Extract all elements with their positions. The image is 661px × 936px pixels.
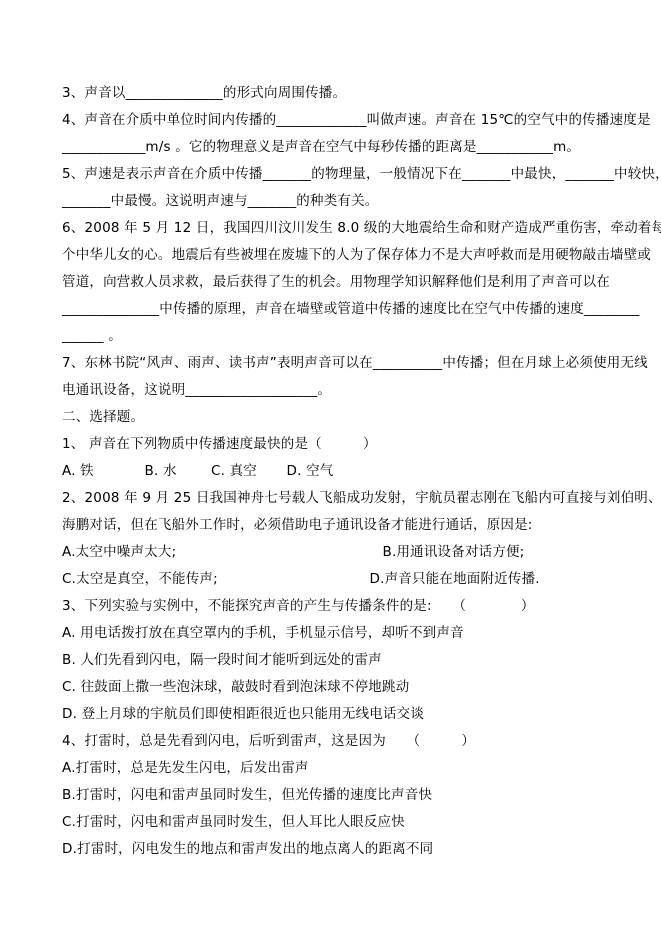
fill-blank-q6-line-2: 个中华儿女的心。地震后有些被埋在废墟下的人为了保存体力不是大声呼救而是用硬物敲击… <box>62 242 603 269</box>
fill-blank-q3-line: 3、声音以______________的形式向周围传播。 <box>62 80 603 107</box>
fill-blank-q6-line-5: ______ 。 <box>62 323 603 350</box>
section2-title: 二、选择题。 <box>62 404 603 431</box>
mc1-option-d: D. 空气 <box>287 458 334 485</box>
mc1-option-a: A. 铁 <box>62 458 140 485</box>
mc1-option-c: C. 真空 <box>211 458 282 485</box>
mc4-option-b: B.打雷时，闪电和雷声虽同时发生，但光传播的速度比声音快 <box>62 782 603 809</box>
mc4-option-c: C.打雷时，闪电和雷声虽同时发生，但人耳比人眼反应快 <box>62 809 603 836</box>
fill-blank-q5-line-2: _______中最慢。这说明声速与_______的种类有关。 <box>62 188 603 215</box>
mc3-stem: 3、下列实验与实例中，不能探究声音的产生与传播条件的是: （ ） <box>62 593 603 620</box>
mc3-option-a: A. 用电话拨打放在真空罩内的手机，手机显示信号，却听不到声音 <box>62 620 603 647</box>
mc1-stem: 1、 声音在下列物质中传播速度最快的是（ ） <box>62 431 603 458</box>
mc3-option-c: C. 往鼓面上撒一些泡沫球，敲鼓时看到泡沫球不停地跳动 <box>62 674 603 701</box>
worksheet-page: 3、声音以______________的形式向周围传播。 4、声音在介质中单位时… <box>0 0 661 936</box>
fill-blank-q6-line-3: 管道，向营救人员求救，最后获得了生的机会。用物理学知识解释他们是利用了声音可以在 <box>62 269 603 296</box>
mc1-options-row: A. 铁 B. 水 C. 真空 D. 空气 <box>62 458 603 485</box>
mc2-option-b: B.用通讯设备对话方便; <box>383 539 525 566</box>
mc2-stem-line-2: 海鹏对话，但在飞船外工作时，必须借助电子通讯设备才能进行通话，原因是: <box>62 512 603 539</box>
mc3-option-b: B. 人们先看到闪电，隔一段时间才能听到远处的雷声 <box>62 647 603 674</box>
mc2-option-a: A.太空中噪声太大; <box>62 539 378 566</box>
fill-blank-q4-line-2: ____________m/s 。它的物理意义是声音在空气中每秒传播的距离是__… <box>62 134 603 161</box>
fill-blank-q6-line-1: 6、2008 年 5 月 12 日，我国四川汶川发生 8.0 级的大地震给生命和… <box>62 215 603 242</box>
mc4-stem: 4、打雷时，总是先看到闪电，后听到雷声，这是因为 （ ） <box>62 728 603 755</box>
mc2-option-d: D.声音只能在地面附近传播. <box>370 566 540 593</box>
mc2-stem-line-1: 2、2008 年 9 月 25 日我国神舟七号载人飞船成功发射，宇航员翟志刚在飞… <box>62 485 603 512</box>
mc2-option-c: C.太空是真空，不能传声; <box>62 566 365 593</box>
mc2-options-row-1: A.太空中噪声太大; B.用通讯设备对话方便; <box>62 539 603 566</box>
mc4-option-a: A.打雷时，总是先发生闪电，后发出雷声 <box>62 755 603 782</box>
fill-blank-q4-line-1: 4、声音在介质中单位时间内传播的_____________叫做声速。声音在 15… <box>62 107 603 134</box>
fill-blank-q7-line-1: 7、东林书院“风声、雨声、读书声”表明声音可以在__________中传播；但在… <box>62 350 603 377</box>
fill-blank-q7-line-2: 电通讯设备，这说明___________________。 <box>62 377 603 404</box>
fill-blank-q5-line-1: 5、声速是表示声音在介质中传播_______的物理量，一般情况下在_______… <box>62 161 603 188</box>
mc2-options-row-2: C.太空是真空，不能传声; D.声音只能在地面附近传播. <box>62 566 603 593</box>
fill-blank-q6-line-4: ______________中传播的原理，声音在墙壁或管道中传播的速度比在空气中… <box>62 296 603 323</box>
mc4-option-d: D.打雷时，闪电发生的地点和雷声发出的地点离人的距离不同 <box>62 836 603 863</box>
mc1-option-b: B. 水 <box>145 458 207 485</box>
mc3-option-d: D. 登上月球的宇航员们即使相距很近也只能用无线电话交谈 <box>62 701 603 728</box>
